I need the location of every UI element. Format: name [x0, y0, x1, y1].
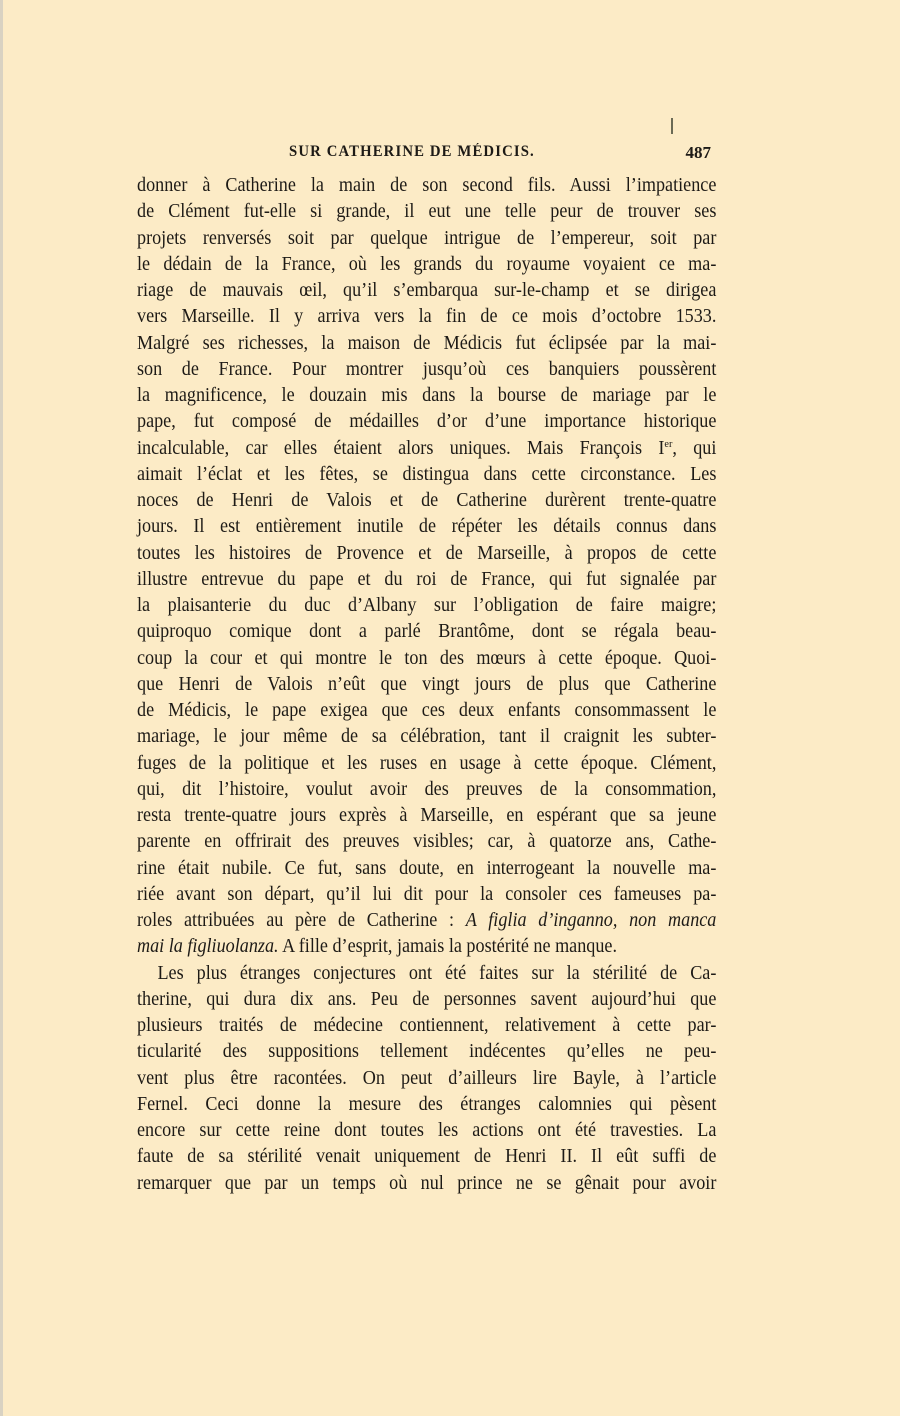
text-line: riage de mauvais œil, qu’il s’embarqua s… — [137, 278, 716, 304]
text-line: remarquer que par un temps où nul prince… — [137, 1171, 716, 1197]
text-line: roles attribuées au père de Catherine : … — [137, 908, 716, 934]
text-line: plusieurs traités de médecine contiennen… — [137, 1013, 716, 1039]
paragraph-2: Les plus étranges conjectures ont été fa… — [137, 961, 717, 1197]
text-line: Malgré ses richesses, la maison de Médic… — [137, 331, 716, 357]
page-edge — [0, 0, 3, 1416]
text-line: riée avant son départ, qu’il lui dit pou… — [137, 882, 716, 908]
page-number: 487 — [686, 143, 712, 163]
text-line: donner à Catherine la main de son second… — [137, 173, 716, 199]
fold-mark — [671, 118, 673, 134]
text-line: toutes les histoires de Provence et de M… — [137, 541, 716, 567]
running-title: SUR CATHERINE DE MÉDICIS. — [289, 143, 535, 161]
text-line: pape, fut composé de médailles d’or d’un… — [137, 409, 716, 435]
text-line: qui, dit l’histoire, voulut avoir des pr… — [137, 777, 716, 803]
text-line: coup la cour et qui montre le ton des mœ… — [137, 646, 716, 672]
text-line: rine était nubile. Ce fut, sans doute, e… — [137, 856, 716, 882]
text-line: ticularité des suppositions tellement in… — [137, 1039, 716, 1065]
text-line: resta trente-quatre jours exprès à Marse… — [137, 803, 716, 829]
text-line: aimait l’éclat et les fêtes, se distingu… — [137, 462, 716, 488]
text-segment: roles attribuées au père de Catherine : — [137, 910, 466, 931]
superscript: er — [664, 438, 672, 450]
text-line: Les plus étranges conjectures ont été fa… — [137, 961, 716, 987]
text-line: jours. Il est entièrement inutile de rép… — [137, 514, 716, 540]
paragraph-1: donner à Catherine la main de son second… — [137, 173, 717, 961]
running-head: SUR CATHERINE DE MÉDICIS. 487 — [137, 143, 717, 167]
text-line: la magnificence, le douzain mis dans la … — [137, 383, 716, 409]
text-line: la plaisanterie du duc d’Albany sur l’ob… — [137, 593, 716, 619]
text-line: faute de sa stérilité venait uniquement … — [137, 1144, 716, 1170]
text-line: vent plus être racontées. On peut d’aill… — [137, 1066, 716, 1092]
text-line: quiproquo comique dont a parlé Brantôme,… — [137, 619, 716, 645]
text-line: de Clément fut-elle si grande, il eut un… — [137, 199, 716, 225]
text-line: therine, qui dura dix ans. Peu de person… — [137, 987, 716, 1013]
italic-quote: A figlia d’inganno, non manca — [466, 910, 717, 931]
text-line: vers Marseille. Il y arriva vers la fin … — [137, 304, 716, 330]
text-line: encore sur cette reine dont toutes les a… — [137, 1118, 716, 1144]
text-line: parente en offrirait des preuves visible… — [137, 829, 716, 855]
text-line: incalculable, car elles étaient alors un… — [137, 436, 716, 462]
text-line: mariage, le jour même de sa célébration,… — [137, 724, 716, 750]
text-line: son de France. Pour montrer jusqu’où ces… — [137, 357, 716, 383]
text-line: le dédain de la France, où les grands du… — [137, 252, 716, 278]
text-line: que Henri de Valois n’eût que vingt jour… — [137, 672, 716, 698]
text-segment: , qui — [672, 438, 716, 459]
text-line: illustre entrevue du pape et du roi de F… — [137, 567, 716, 593]
italic-quote: mai la figliuolanza. — [137, 936, 279, 957]
text-line: de Médicis, le pape exigea que ces deux … — [137, 698, 716, 724]
text-line: Fernel. Ceci donne la mesure des étrange… — [137, 1092, 716, 1118]
text-segment: A fille d’esprit, jamais la postérité ne… — [279, 936, 617, 957]
text-line: projets renversés soit par quelque intri… — [137, 226, 716, 252]
text-line: mai la figliuolanza. A fille d’esprit, j… — [137, 934, 716, 960]
text-line: noces de Henri de Valois et de Catherine… — [137, 488, 716, 514]
text-segment: incalculable, car elles étaient alors un… — [137, 438, 664, 459]
body-text: donner à Catherine la main de son second… — [137, 173, 717, 1197]
text-line: fuges de la politique et les ruses en us… — [137, 751, 716, 777]
